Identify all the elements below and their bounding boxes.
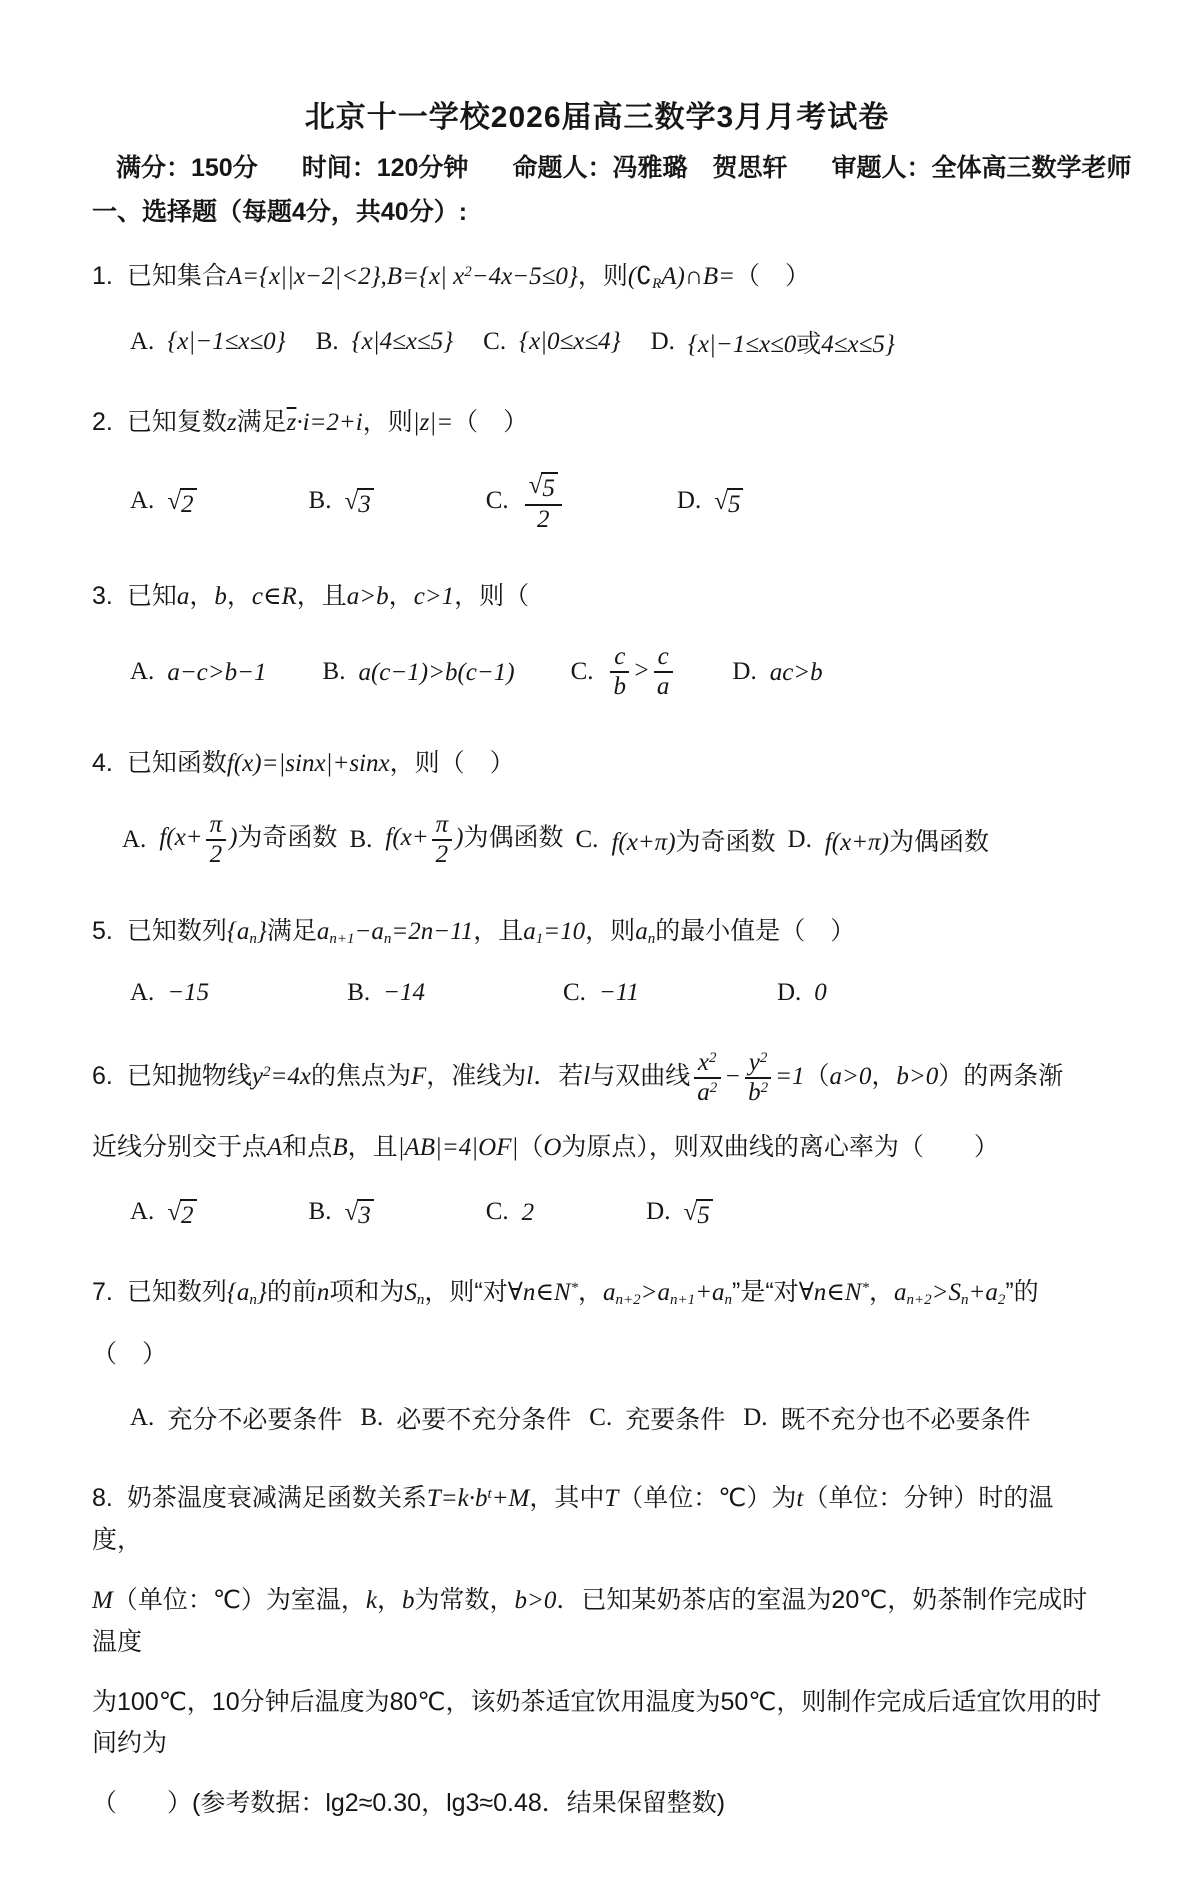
question-7-option-d: D.既不充分也不必要条件 xyxy=(743,1400,1030,1436)
question-4-options: A.f(x+π2)为奇函数 B.f(x+π2)为偶函数 C.f(x+π)为奇函数… xyxy=(92,811,1102,869)
question-6-options: A.√2 B.√3 C.2 D.√5 xyxy=(92,1195,1102,1231)
question-7: 7.已知数列{an}的前n项和为Sn，则“对∀n∈N*，an+2>an+1+an… xyxy=(92,1272,1102,1436)
exam-paper: 北京十一学校2026届高三数学3月月考试卷 满分：150分 时间：120分钟 命… xyxy=(0,0,1190,1884)
question-6-option-b: B.√3 xyxy=(309,1195,374,1231)
question-6-option-a: A.√2 xyxy=(130,1195,197,1231)
question-3: 3.已知a，b，c∈R，且a>b，c>1，则（ A.a−c>b−1 B.a(c−… xyxy=(92,576,1102,702)
question-4-option-b: B.f(x+π2)为偶函数 xyxy=(349,811,563,869)
question-7-stem-text-1: 已知数列{an}的前n项和为Sn，则“对∀n∈N*，an+2>an+1+an”是… xyxy=(127,1278,1039,1306)
page-title: 北京十一学校2026届高三数学3月月考试卷 xyxy=(92,92,1102,136)
question-1-options: A.{x|−1≤x≤0} B.{x|4≤x≤5} C.{x|0≤x≤4} D.{… xyxy=(92,324,1102,360)
question-7-number: 7. xyxy=(92,1278,113,1306)
question-2-option-d: D.√5 xyxy=(677,484,744,520)
question-3-stem: 3.已知a，b，c∈R，且a>b，c>1，则（ xyxy=(92,576,1102,618)
question-1-option-b: B.{x|4≤x≤5} xyxy=(316,327,453,356)
question-5-option-c: C.−11 xyxy=(563,978,639,1007)
question-7-stem-line-2: （ ） xyxy=(92,1334,1102,1375)
question-6-stem-line-2: 近线分别交于点A和点B，且|AB|=4|OF|（O为原点），则双曲线的离心率为（… xyxy=(92,1127,1102,1169)
question-1-number: 1. xyxy=(92,262,113,290)
question-5: 5.已知数列{an}满足an+1−an=2n−11，且a1=10，则an的最小值… xyxy=(92,911,1102,1008)
question-2-stem: 2.已知复数z满足z·i=2+i，则|z|=（ ） xyxy=(92,402,1102,444)
question-6: 6.已知抛物线y2=4x的焦点为F，准线为l．若l与双曲线x2a2−y2b2=1… xyxy=(92,1049,1102,1230)
question-8-stem-line-4: （ ）(参考数据：lg2≈0.30，lg3≈0.48．结果保留整数) xyxy=(92,1783,1102,1824)
question-3-number: 3. xyxy=(92,582,113,610)
meta-setters: 命题人：冯雅璐 贺思轩 xyxy=(512,148,787,184)
question-1-option-c: C.{x|0≤x≤4} xyxy=(483,327,620,356)
question-8-stem-line-1: 8.奶茶温度衰减满足函数关系T=k·bt+M，其中T（单位：℃）为t（单位：分钟… xyxy=(92,1478,1102,1560)
question-8-number: 8. xyxy=(92,1484,113,1512)
question-4-stem-text: 已知函数f(x)=|sinx|+sinx，则（ ） xyxy=(127,749,515,777)
question-5-number: 5. xyxy=(92,917,113,945)
question-2: 2.已知复数z满足z·i=2+i，则|z|=（ ） A.√2 B.√3 C.√5… xyxy=(92,402,1102,534)
question-4-option-a: A.f(x+π2)为奇函数 xyxy=(122,811,337,869)
question-8-stem-line-3: 为100℃，10分钟后温度为80℃，该奶茶适宜饮用温度为50℃，则制作完成后适宜… xyxy=(92,1682,1102,1763)
question-5-option-b: B.−14 xyxy=(347,978,425,1007)
question-3-option-b: B.a(c−1)>b(c−1) xyxy=(323,658,515,687)
question-4-stem: 4.已知函数f(x)=|sinx|+sinx，则（ ） xyxy=(92,743,1102,785)
question-3-option-c: C.cb>ca xyxy=(571,643,677,701)
exam-meta: 满分：150分 时间：120分钟 命题人：冯雅璐 贺思轩 审题人：全体高三数学老… xyxy=(92,148,1102,184)
question-4: 4.已知函数f(x)=|sinx|+sinx，则（ ） A.f(x+π2)为奇函… xyxy=(92,743,1102,869)
question-6-stem-text-1: 已知抛物线y2=4x的焦点为F，准线为l．若l与双曲线x2a2−y2b2=1（a… xyxy=(127,1062,1063,1090)
meta-reviewers: 审题人：全体高三数学老师 xyxy=(831,148,1131,184)
question-6-option-c: C.2 xyxy=(486,1198,534,1227)
question-1-option-a: A.{x|−1≤x≤0} xyxy=(130,327,286,356)
question-1: 1.已知集合A={x||x−2|<2},B={x| x2−4x−5≤0}，则(∁… xyxy=(92,256,1102,360)
question-7-stem-line-1: 7.已知数列{an}的前n项和为Sn，则“对∀n∈N*，an+2>an+1+an… xyxy=(92,1272,1102,1314)
question-8-stem-text-1: 奶茶温度衰减满足函数关系T=k·bt+M，其中T（单位：℃）为t（单位：分钟）时… xyxy=(92,1484,1053,1554)
question-2-option-c: C.√52 xyxy=(486,469,565,534)
question-6-number: 6. xyxy=(92,1062,113,1090)
question-5-option-a: A.−15 xyxy=(130,978,209,1007)
section-heading: 一、选择题（每题4分，共40分）: xyxy=(92,192,1102,228)
question-2-stem-text: 已知复数z满足z·i=2+i，则|z|=（ ） xyxy=(127,408,528,436)
question-1-stem-text: 已知集合A={x||x−2|<2},B={x| x2−4x−5≤0}，则(∁RA… xyxy=(127,262,810,290)
question-6-option-d: D.√5 xyxy=(646,1195,713,1231)
question-5-options: A.−15 B.−14 C.−11 D.0 xyxy=(92,978,1102,1007)
question-2-option-a: A.√2 xyxy=(130,484,197,520)
question-1-stem: 1.已知集合A={x||x−2|<2},B={x| x2−4x−5≤0}，则(∁… xyxy=(92,256,1102,298)
question-4-option-c: C.f(x+π)为奇函数 xyxy=(576,822,776,858)
question-3-options: A.a−c>b−1 B.a(c−1)>b(c−1) C.cb>ca D.ac>b xyxy=(92,643,1102,701)
question-3-option-a: A.a−c>b−1 xyxy=(130,658,267,687)
question-3-option-d: D.ac>b xyxy=(732,658,822,687)
question-7-option-c: C.充要条件 xyxy=(589,1400,725,1436)
question-8: 8.奶茶温度衰减满足函数关系T=k·bt+M，其中T（单位：℃）为t（单位：分钟… xyxy=(92,1478,1102,1824)
meta-duration: 时间：120分钟 xyxy=(302,148,469,184)
question-5-stem: 5.已知数列{an}满足an+1−an=2n−11，且a1=10，则an的最小值… xyxy=(92,911,1102,953)
question-8-stem-line-2: M（单位：℃）为室温，k，b为常数，b>0．已知某奶茶店的室温为20℃，奶茶制作… xyxy=(92,1580,1102,1662)
question-2-option-b: B.√3 xyxy=(309,484,374,520)
question-4-option-d: D.f(x+π)为偶函数 xyxy=(788,822,989,858)
question-6-stem-line-1: 6.已知抛物线y2=4x的焦点为F，准线为l．若l与双曲线x2a2−y2b2=1… xyxy=(92,1049,1102,1107)
meta-full-score: 满分：150分 xyxy=(116,148,258,184)
question-4-number: 4. xyxy=(92,749,113,777)
question-7-option-a: A.充分不必要条件 xyxy=(130,1400,342,1436)
question-7-option-b: B.必要不充分条件 xyxy=(360,1400,571,1436)
question-1-option-d: D.{x|−1≤x≤0或4≤x≤5} xyxy=(651,324,895,360)
question-5-stem-text: 已知数列{an}满足an+1−an=2n−11，且a1=10，则an的最小值是（… xyxy=(127,917,855,945)
question-7-options: A.充分不必要条件 B.必要不充分条件 C.充要条件 D.既不充分也不必要条件 xyxy=(92,1400,1102,1436)
question-5-option-d: D.0 xyxy=(777,978,827,1007)
question-2-number: 2. xyxy=(92,408,113,436)
question-3-stem-text: 已知a，b，c∈R，且a>b，c>1，则（ xyxy=(127,582,529,610)
question-2-options: A.√2 B.√3 C.√52 D.√5 xyxy=(92,469,1102,534)
